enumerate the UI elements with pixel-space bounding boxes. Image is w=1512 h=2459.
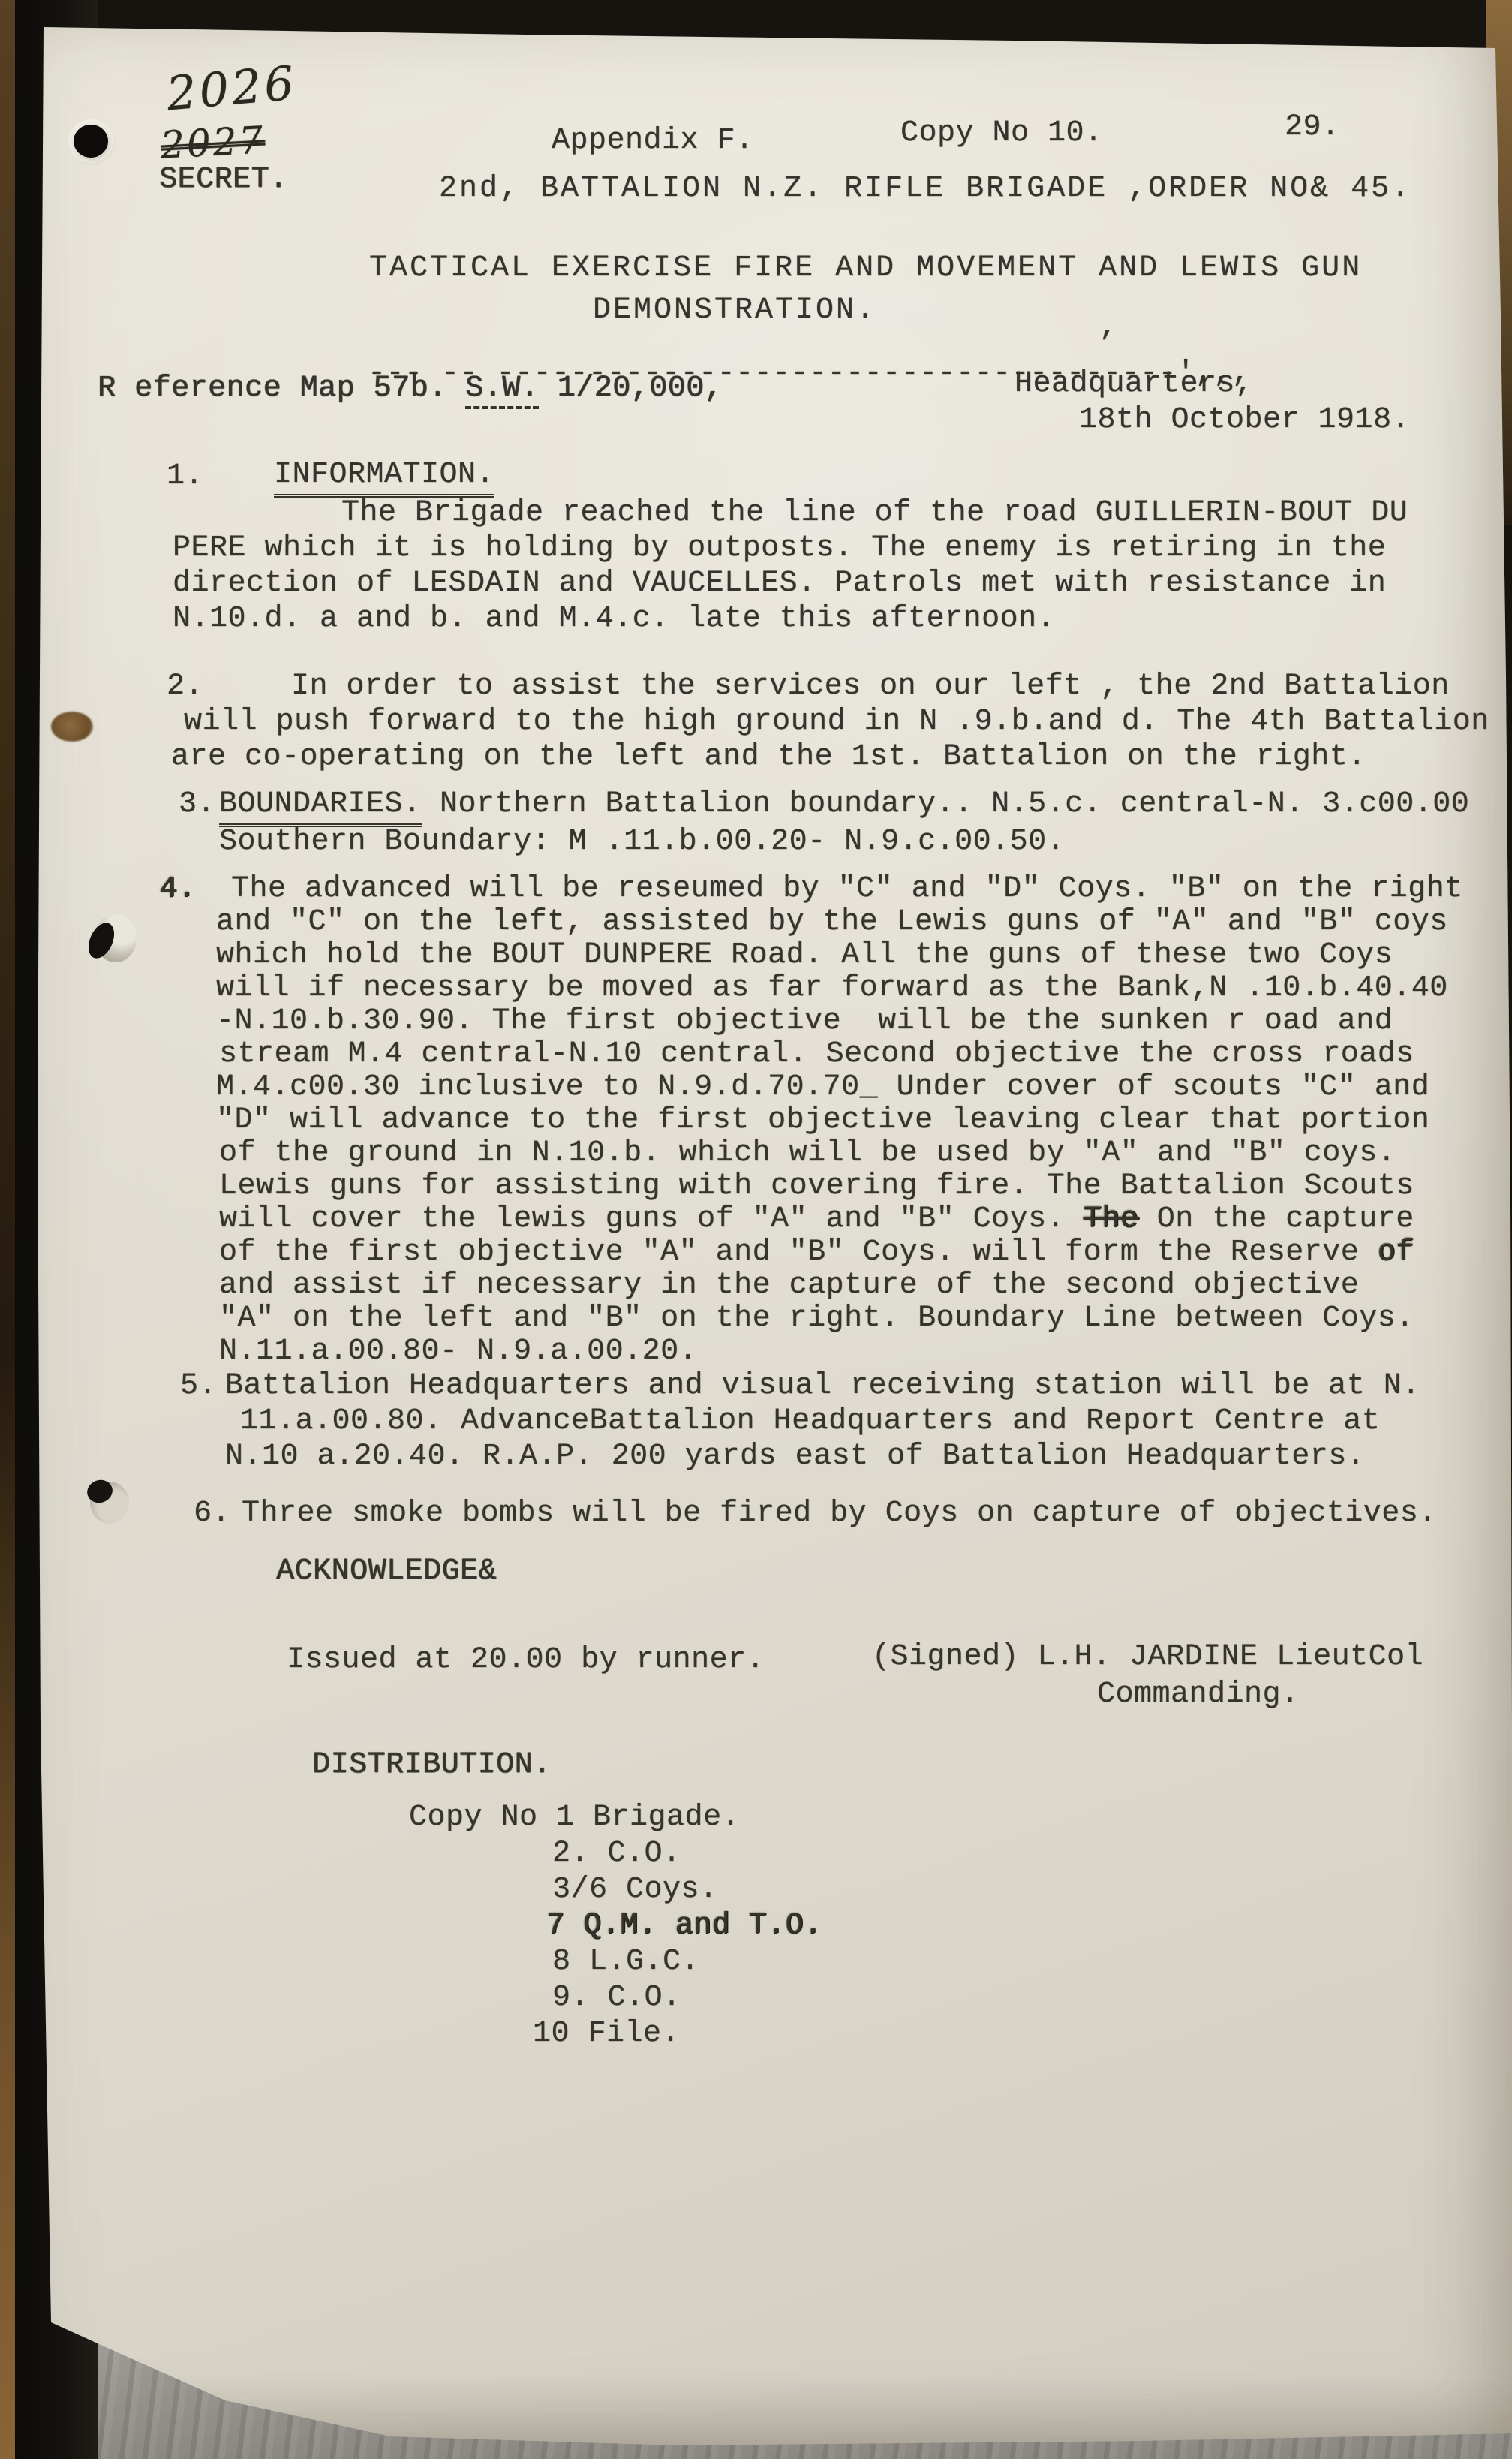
para-1-number: 1. xyxy=(167,460,203,493)
para-4-line-12: of the first objective "A" and "B" Coys.… xyxy=(219,1236,1414,1269)
para-4-line-13: and assist if necessary in the capture o… xyxy=(219,1269,1359,1302)
distribution-item: 8 L.G.C. xyxy=(552,1946,699,1979)
reference-scale: 1/20,000, xyxy=(539,372,723,405)
distribution-item: 9. C.O. xyxy=(552,1982,681,2015)
document-page: 2026 2027 SECRET. Appendix F. Copy No 10… xyxy=(0,0,1512,2459)
para-4-line-10: Lewis guns for assisting with covering f… xyxy=(219,1170,1414,1203)
copy-number: Copy No 10. xyxy=(900,117,1103,150)
para-2-number: 2. xyxy=(167,670,203,703)
page-number: 29. xyxy=(1285,111,1340,144)
distribution-item: 10 File. xyxy=(533,2018,680,2051)
unit-order-line: 2nd, BATTALION N.Z. RIFLE BRIGADE ,ORDER… xyxy=(439,173,1411,206)
commanding-line: Commanding. xyxy=(1097,1678,1300,1711)
para-3-number: 3. xyxy=(179,788,215,821)
para-1-heading: INFORMATION. xyxy=(274,459,494,498)
para-4-line-12-pre: of the first objective "A" and "B" Coys.… xyxy=(219,1236,1378,1269)
para-3-line-1-rest: Northern Battalion boundary.. N.5.c. cen… xyxy=(422,787,1470,821)
headquarters-line: Headquarters, xyxy=(1015,368,1254,401)
para-1-line-4: N.10.d. a and b. and M.4.c. late this af… xyxy=(173,603,1055,636)
reference-map-sheet: S.W. xyxy=(465,372,539,409)
para-2-line-3: are co-operating on the left and the 1st… xyxy=(171,741,1366,774)
para-2-line-2: will push forward to the high ground in … xyxy=(184,706,1489,739)
distribution-item: 7 Q.M. and T.O. xyxy=(546,1910,822,1943)
para-6-number: 6. xyxy=(194,1497,230,1530)
para-5-line-1: Battalion Headquarters and visual receiv… xyxy=(225,1370,1420,1403)
distribution-heading: DISTRIBUTION. xyxy=(312,1749,552,1782)
para-4-line-12-overstruck: of xyxy=(1378,1236,1414,1269)
issued-line: Issued at 20.00 by runner. xyxy=(287,1644,765,1677)
para-4-line-4: will if necessary be moved as far forwar… xyxy=(216,972,1448,1005)
para-4-line-1: The advanced will be reseumed by "C" and… xyxy=(231,873,1463,906)
para-3-heading: BOUNDARIES. xyxy=(219,787,422,827)
para-6-line-1: Three smoke bombs will be fired by Coys … xyxy=(242,1497,1437,1530)
para-4-line-11-post: On the capture xyxy=(1138,1202,1414,1236)
para-4-line-11-pre: will cover the lewis guns of "A" and "B"… xyxy=(219,1202,1084,1236)
para-1-line-2: PERE which it is holding by outposts. Th… xyxy=(173,532,1386,565)
appendix-label: Appendix F. xyxy=(552,125,754,158)
acknowledge-label: ACKNOWLEDGE& xyxy=(276,1555,497,1588)
classification-label: SECRET. xyxy=(159,164,288,197)
para-4-line-11-struck: The xyxy=(1084,1202,1139,1236)
handwritten-number: 2026 xyxy=(165,67,298,111)
para-4-line-11: will cover the lewis guns of "A" and "B"… xyxy=(219,1203,1414,1236)
para-4-line-7: M.4.c00.30 inclusive to N.9.d.70.70_ Und… xyxy=(216,1071,1429,1104)
distribution-item: 3/6 Coys. xyxy=(552,1874,718,1907)
punch-hole xyxy=(74,125,108,158)
signature-line: (Signed) L.H. JARDINE LieutCol xyxy=(872,1641,1423,1674)
para-4-line-9: of the ground in N.10.b. which will be u… xyxy=(219,1137,1396,1170)
para-5-number: 5. xyxy=(180,1370,217,1403)
reference-line: R eference Map 57b. S.W. 1/20,000, xyxy=(98,372,723,405)
torn-hole xyxy=(90,1482,129,1524)
title-line-1: TACTICAL EXERCISE FIRE AND MOVEMENT AND … xyxy=(369,252,1362,285)
para-4-line-2: and "C" on the left, assisted by the Lew… xyxy=(216,906,1448,939)
reference-pre: R eference Map 57b. xyxy=(98,372,465,405)
para-4-line-15: N.11.a.00.80- N.9.a.00.20. xyxy=(219,1335,697,1368)
crossed-number: 2027 xyxy=(160,123,266,161)
para-3-line-1: BOUNDARIES. Northern Battalion boundary.… xyxy=(219,788,1469,821)
stain-hole xyxy=(51,712,93,742)
para-4-line-6: stream M.4 central-N.10 central. Second … xyxy=(219,1038,1414,1071)
date-line: 18th October 1918. xyxy=(1079,404,1410,437)
para-4-line-14: "A" on the left and "B" on the right. Bo… xyxy=(219,1302,1414,1335)
para-4-number: 4. xyxy=(159,873,196,906)
title-line-2: DEMONSTRATION. xyxy=(593,294,876,327)
para-1-line-1: The Brigade reached the line of the road… xyxy=(341,497,1408,530)
para-2-line-1: In order to assist the services on our l… xyxy=(291,670,1450,703)
distribution-item: Copy No 1 Brigade. xyxy=(409,1801,740,1834)
torn-hole xyxy=(95,914,137,962)
photographed-document: 2026 2027 SECRET. Appendix F. Copy No 10… xyxy=(0,0,1512,2459)
para-5-line-2: 11.a.00.80. AdvanceBattalion Headquarter… xyxy=(240,1405,1380,1438)
distribution-item: 2. C.O. xyxy=(552,1837,681,1871)
para-5-line-3: N.10 a.20.40. R.A.P. 200 yards east of B… xyxy=(225,1440,1365,1473)
para-4-line-3: which hold the BOUT DUNPERE Road. All th… xyxy=(216,939,1393,972)
para-1-line-3: direction of LESDAIN and VAUCELLES. Patr… xyxy=(173,567,1386,600)
para-4-line-8: "D" will advance to the first objective … xyxy=(216,1104,1429,1137)
para-3-line-2: Southern Boundary: M .11.b.00.20- N.9.c.… xyxy=(219,826,1065,859)
para-4-line-5: -N.10.b.30.90. The first objective will … xyxy=(216,1005,1393,1038)
